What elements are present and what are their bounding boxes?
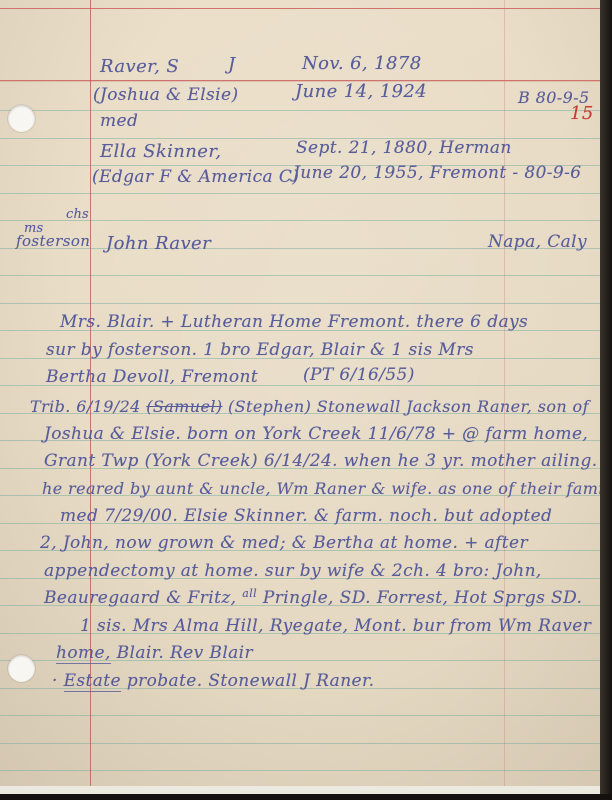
obit1924-line10-rest: Blair. Rev Blair — [111, 643, 253, 663]
spouse-death: June 20, 1955, Fremont - 80-9-6 — [293, 163, 582, 183]
obit1924-line11-bullet: · — [52, 671, 64, 691]
obit1955-line1: Mrs. Blair. + Lutheran Home Fremont. the… — [60, 312, 528, 332]
obit1924-line8-post: Pringle, SD. Forrest, Hot Sprgs SD. — [263, 588, 582, 608]
spouse-parents: (Edgar F & America C) — [92, 167, 299, 187]
obit1924-line6: 2, John, now grown & med; & Bertha at ho… — [40, 533, 528, 553]
page-bottom-edge — [0, 786, 600, 794]
spouse-name: Ella Skinner, — [100, 141, 222, 162]
red-margin-line-right — [504, 0, 505, 792]
red-number: 15 — [570, 103, 594, 124]
birth-date: Nov. 6, 1878 — [302, 53, 422, 74]
obit1955-citation: (PT 6/16/55) — [303, 365, 415, 385]
punch-hole-top — [8, 105, 35, 132]
obit1924-line1-pre: Trib. 6/19/24 — [30, 397, 141, 416]
margin-note-chs: chs — [66, 207, 89, 222]
obit1924-line11-underlined: Estate — [64, 671, 121, 692]
obit1924-line8: Beauregaard & Fritz, all Pringle, SD. Fo… — [44, 588, 582, 608]
obit1924-line1-post: (Stephen) Stonewall Jackson Raner, son o… — [228, 397, 589, 416]
obit1924-line4: he reared by aunt & uncle, Wm Raner & wi… — [42, 479, 600, 498]
obit1924-line11-rest: probate. Stonewall J Raner. — [121, 671, 374, 691]
middle-initial: J — [228, 54, 236, 75]
obit1924-line10: home, Blair. Rev Blair — [56, 643, 253, 663]
child-residence: Napa, Caly — [488, 232, 587, 252]
spouse-birth: Sept. 21, 1880, Herman — [296, 138, 512, 158]
obit1955-line3: Bertha Devoll, Fremont — [46, 367, 258, 387]
surname-entry: Raver, S — [100, 56, 179, 77]
margin-note-fosterson: fosterson — [16, 232, 90, 250]
parents-note: (Joshua & Elsie) — [93, 85, 238, 105]
child-name: John Raver — [106, 233, 211, 254]
obit1924-line8-sup: all — [242, 587, 257, 600]
obit1924-line10-underlined: home, — [56, 643, 111, 664]
scan-edge-right — [600, 0, 612, 800]
obit1955-line2: sur by fosterson. 1 bro Edgar, Blair & 1… — [46, 340, 474, 360]
obit1924-line9: 1 sis. Mrs Alma Hill, Ryegate, Mont. bur… — [80, 616, 591, 636]
scanned-document: Raver, S J Nov. 6, 1878 (Joshua & Elsie)… — [0, 0, 612, 800]
paper-sheet: Raver, S J Nov. 6, 1878 (Joshua & Elsie)… — [0, 0, 600, 792]
obit1924-line5: med 7/29/00. Elsie Skinner. & farm. noch… — [60, 506, 552, 526]
obit1924-line11: · Estate probate. Stonewall J Raner. — [52, 671, 374, 691]
married-abbr: med — [100, 111, 138, 131]
obit1924-line8-pre: Beauregaard & Fritz, — [44, 588, 236, 608]
obit1924-line3: Grant Twp (York Creek) 6/14/24. when he … — [44, 451, 600, 471]
punch-hole-bottom — [8, 655, 35, 682]
obit1924-line1: Trib. 6/19/24 (Samuel) (Stephen) Stonewa… — [30, 397, 589, 416]
obit1924-line2: Joshua & Elsie. born on York Creek 11/6/… — [44, 424, 588, 444]
scan-edge-bottom — [0, 794, 612, 800]
obit1924-line1-struck: (Samuel) — [146, 397, 222, 416]
obit1924-line7: appendectomy at home. sur by wife & 2ch.… — [44, 561, 542, 581]
death-date: June 14, 1924 — [295, 81, 427, 102]
